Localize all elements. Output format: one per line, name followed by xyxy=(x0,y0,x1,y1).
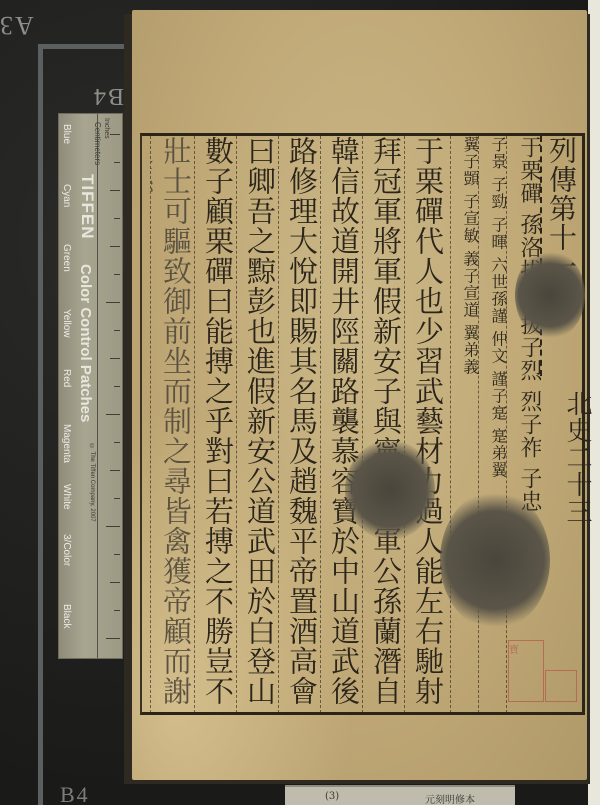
margin-title: 北史二十三 xyxy=(558,390,596,530)
card-edition-text: 元刻明修本 xyxy=(425,791,475,805)
card-number: (3) xyxy=(325,791,339,802)
inches-label: Inches xyxy=(103,118,110,139)
text-column-8: 曰卿吾之黥彭也進假新安公道武田於白登山見熊將 xyxy=(236,136,279,713)
ink-stain xyxy=(515,250,585,340)
copyright-text: © The Tiffen Company, 2007 xyxy=(89,444,95,522)
text-column-9: 數子顧栗磾曰能搏之乎對曰若搏之不勝豈不虛斃一 xyxy=(194,136,237,713)
color-label-red: Red xyxy=(61,369,72,387)
ink-stain xyxy=(440,490,550,630)
ink-stain xyxy=(345,440,435,540)
color-label-blue: Blue xyxy=(61,124,72,144)
strip-title: Color Control Patches xyxy=(77,264,94,422)
color-label-3color: 3/Color xyxy=(61,534,72,566)
color-label-yellow: Yellow xyxy=(61,309,72,338)
tiffen-logo: TIFFEN xyxy=(77,174,97,240)
color-label-magenta: Magenta xyxy=(61,424,72,463)
color-label-cyan: Cyan xyxy=(61,184,72,207)
color-label-black: Black xyxy=(61,604,72,628)
text-column-10: 壯士可驅致御前坐而制之尋皆禽獲帝顧而謝之孫 xyxy=(150,136,195,713)
color-label-white: White xyxy=(61,484,72,510)
catalog-card: (3) 元刻明修本 xyxy=(285,785,515,805)
red-seal-stamp-2 xyxy=(545,670,577,702)
ruler-scale xyxy=(97,114,120,658)
text-column-5: 拜冠軍將軍假新安子與寧朔將軍公孫蘭潛自太原從 xyxy=(362,136,405,713)
centimeters-label: Centimeters xyxy=(93,122,102,165)
text-column-7: 路修理大悅即賜其名馬及趙魏平帝置酒高會謂栗磾 xyxy=(278,136,321,713)
text-column-3: 翼子顗 子宣敏 義子宣道 翼弟義 xyxy=(450,136,479,713)
red-seal-stamp: 寶 xyxy=(508,640,544,702)
color-label-green: Green xyxy=(61,244,72,272)
grid-label-b4: B4 xyxy=(92,82,124,109)
grid-label-b4-bottom: B4 xyxy=(60,782,90,805)
grid-label-a3: A3 xyxy=(0,10,34,40)
text-column-6: 韓信故道開井陘關路襲慕容寶於中山道武後至見道 xyxy=(320,136,363,713)
text-column-4: 于栗磾代人也少習武藝材力過人能左右馳射登國中 xyxy=(404,136,447,713)
color-calibration-strip: Inches Centimeters TIFFEN Color Control … xyxy=(58,113,123,659)
